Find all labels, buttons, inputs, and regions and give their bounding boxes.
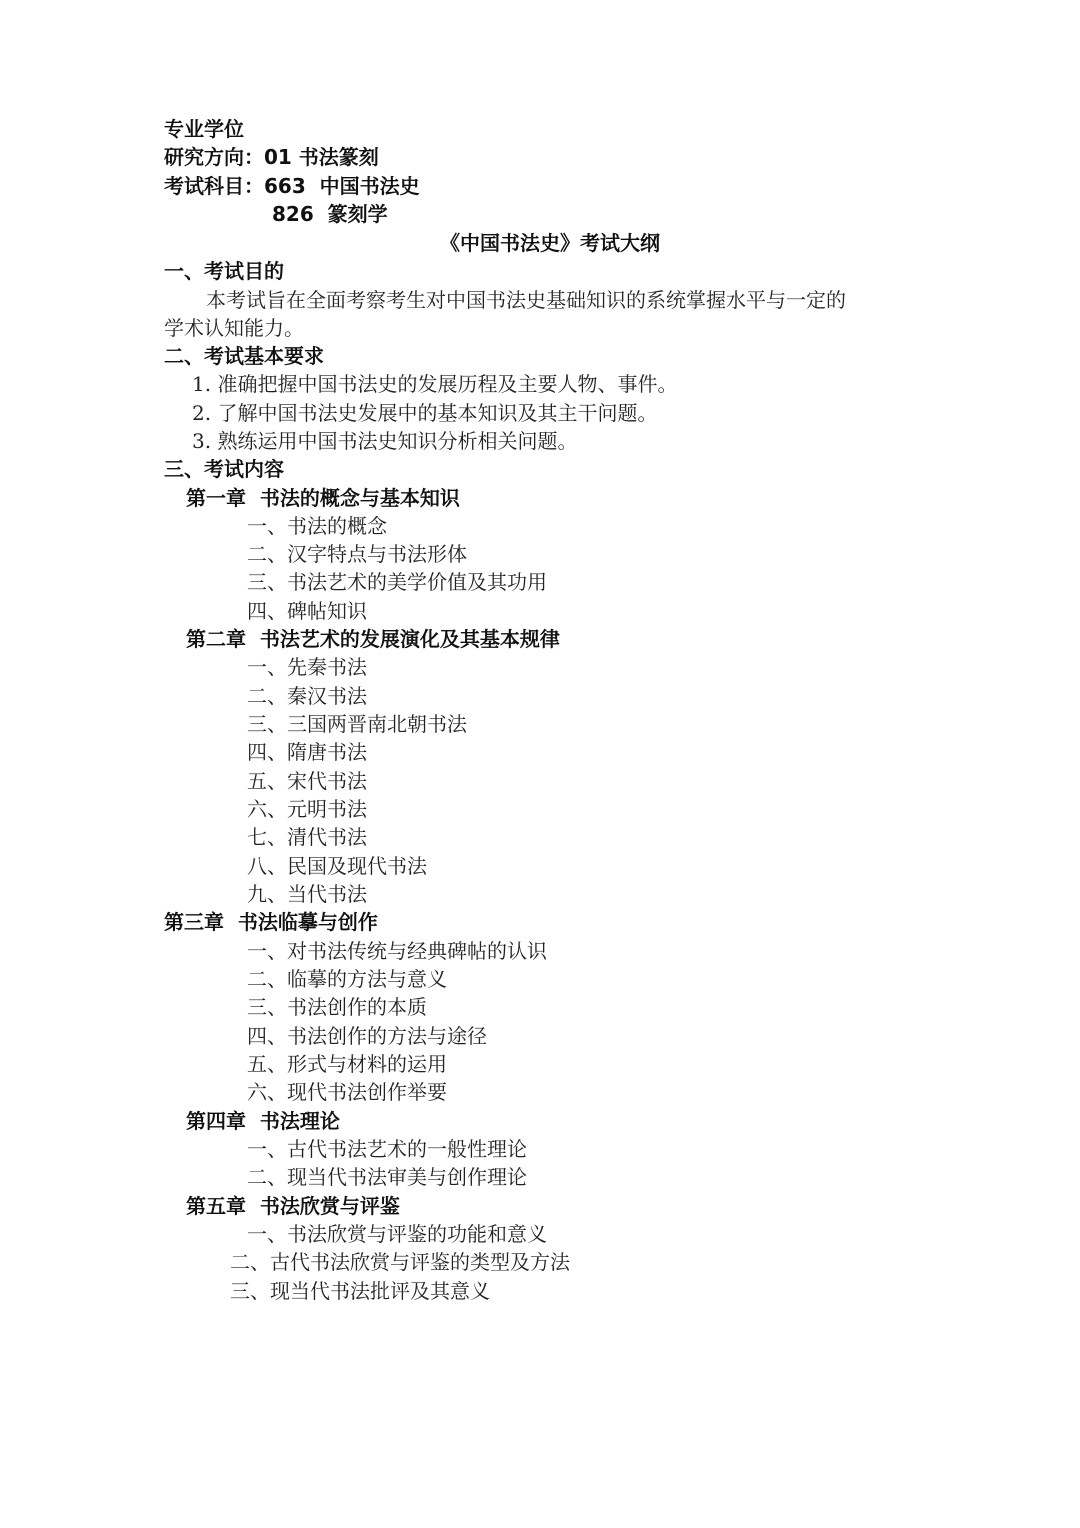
- degree-type: 专业学位: [164, 115, 244, 143]
- chapter-item: 一、先秦书法: [247, 653, 367, 681]
- chapter-item: 一、书法欣赏与评鉴的功能和意义: [247, 1220, 547, 1248]
- chapter-item: 七、清代书法: [247, 823, 367, 851]
- subject-2: 826 篆刻学: [272, 200, 388, 228]
- chapter-item: 二、临摹的方法与意义: [247, 965, 447, 993]
- chapter-item: 二、现当代书法审美与创作理论: [247, 1163, 527, 1191]
- chapter-item: 八、民国及现代书法: [247, 852, 427, 880]
- document-title: 《中国书法史》考试大纲: [440, 229, 660, 257]
- chapter-item: 二、古代书法欣赏与评鉴的类型及方法: [230, 1248, 570, 1276]
- section-heading-purpose: 一、考试目的: [164, 257, 284, 285]
- chapter-item: 四、隋唐书法: [247, 738, 367, 766]
- requirement-item: 2. 了解中国书法史发展中的基本知识及其主干问题。: [192, 399, 657, 427]
- chapter-item: 五、宋代书法: [247, 767, 367, 795]
- research-direction: 研究方向：01 书法篆刻: [164, 143, 379, 171]
- chapter-item: 二、秦汉书法: [247, 682, 367, 710]
- chapter-item: 六、现代书法创作举要: [247, 1078, 447, 1106]
- chapter-title: 第二章 书法艺术的发展演化及其基本规律: [186, 625, 560, 653]
- chapter-item: 九、当代书法: [247, 880, 367, 908]
- chapter-item: 四、书法创作的方法与途径: [247, 1022, 487, 1050]
- chapter-item: 四、碑帖知识: [247, 597, 367, 625]
- section-heading-requirements: 二、考试基本要求: [164, 342, 324, 370]
- chapter-title: 第四章 书法理论: [186, 1107, 340, 1135]
- chapter-title: 第一章 书法的概念与基本知识: [186, 484, 460, 512]
- paragraph-line: 本考试旨在全面考察考生对中国书法史基础知识的系统掌握水平与一定的: [206, 286, 846, 314]
- chapter-item: 三、三国两晋南北朝书法: [247, 710, 467, 738]
- paragraph-line: 学术认知能力。: [164, 314, 304, 342]
- chapter-item: 一、古代书法艺术的一般性理论: [247, 1135, 527, 1163]
- exam-subjects: 考试科目：663 中国书法史: [164, 172, 420, 200]
- chapter-item: 三、书法艺术的美学价值及其功用: [247, 568, 547, 596]
- chapter-item: 五、形式与材料的运用: [247, 1050, 447, 1078]
- requirement-item: 3. 熟练运用中国书法史知识分析相关问题。: [192, 427, 577, 455]
- direction-value: 01 书法篆刻: [264, 145, 379, 169]
- requirement-item: 1. 准确把握中国书法史的发展历程及主要人物、事件。: [192, 370, 677, 398]
- section-heading-content: 三、考试内容: [164, 455, 284, 483]
- chapter-item: 一、对书法传统与经典碑帖的认识: [247, 937, 547, 965]
- chapter-item: 三、书法创作的本质: [247, 993, 427, 1021]
- direction-label: 研究方向：: [164, 145, 264, 169]
- chapter-item: 三、现当代书法批评及其意义: [230, 1277, 490, 1305]
- chapter-title: 第五章 书法欣赏与评鉴: [186, 1192, 400, 1220]
- chapter-item: 六、元明书法: [247, 795, 367, 823]
- chapter-title: 第三章 书法临摹与创作: [164, 908, 378, 936]
- chapter-item: 一、书法的概念: [247, 512, 387, 540]
- subjects-label: 考试科目：: [164, 174, 264, 198]
- subject-1: 663 中国书法史: [264, 174, 420, 198]
- chapter-item: 二、汉字特点与书法形体: [247, 540, 467, 568]
